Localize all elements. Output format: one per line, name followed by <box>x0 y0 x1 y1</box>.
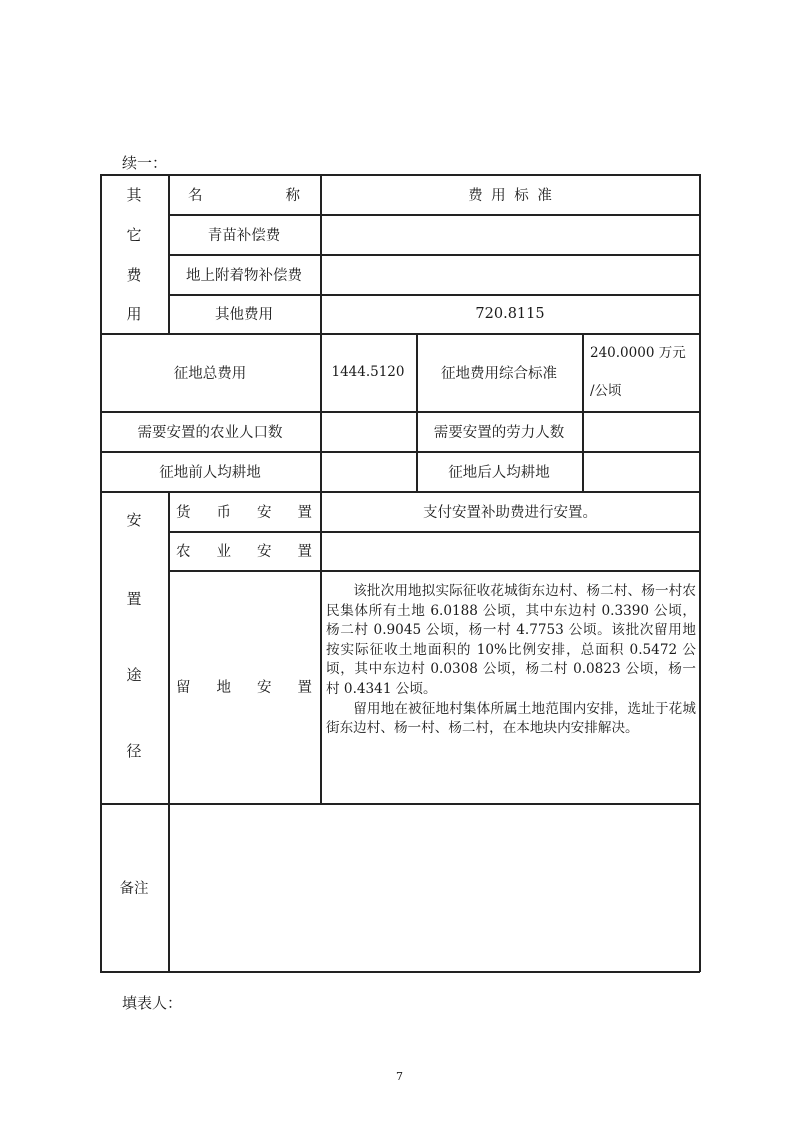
label-char: 币 <box>217 501 232 522</box>
land-after-label: 征地后人均耕地 <box>416 451 582 491</box>
agri-population-value[interactable] <box>320 411 416 451</box>
header-standard-cell: 费 用 标 准 <box>320 174 700 214</box>
group-label-char: 其 <box>100 174 168 214</box>
label-char: 地 <box>217 676 232 697</box>
filler-label: 填表人： <box>122 992 182 1013</box>
label-char: 安 <box>257 676 272 697</box>
composite-standard-value[interactable]: 240.0000 万元 /公顷 <box>582 333 700 411</box>
composite-standard-label: 征地费用综合标准 <box>416 333 582 411</box>
header-name-char: 称 <box>286 184 301 205</box>
remarks-value[interactable] <box>168 803 700 971</box>
fee-name-other: 其他费用 <box>168 294 320 333</box>
label-char: 置 <box>298 501 313 522</box>
label-char: 安 <box>257 501 272 522</box>
land-after-value[interactable] <box>582 451 700 491</box>
fee-name-seedling: 青苗补偿费 <box>168 214 320 254</box>
composite-standard-line2: /公顷 <box>590 372 622 410</box>
composite-standard-line1: 240.0000 万元 <box>590 334 686 372</box>
land-before-value[interactable] <box>320 451 416 491</box>
reserved-land-resettlement-text[interactable]: 该批次用地拟实际征收花城街东边村、杨二村、杨一村农民集体所有土地 6.0188 … <box>326 582 696 739</box>
labor-count-value[interactable] <box>582 411 700 451</box>
group-label-char: 途 <box>100 654 168 694</box>
table-border-bottom <box>100 971 700 973</box>
label-char: 业 <box>217 540 232 561</box>
paragraph: 该批次用地拟实际征收花城街东边村、杨二村、杨一村农民集体所有土地 6.0188 … <box>326 582 696 700</box>
land-before-label: 征地前人均耕地 <box>100 451 320 491</box>
remarks-label: 备注 <box>100 803 168 971</box>
total-cost-value[interactable]: 1444.5120 <box>320 333 416 411</box>
fee-name-attachments: 地上附着物补偿费 <box>168 254 320 294</box>
header-name-cell: 名 称 <box>168 174 320 214</box>
agricultural-resettlement-label: 农 业 安 置 <box>168 531 320 570</box>
label-char: 置 <box>298 676 313 697</box>
group-label-char: 径 <box>100 730 168 770</box>
total-cost-label: 征地总费用 <box>100 333 320 411</box>
fee-value-attachments[interactable] <box>320 254 700 294</box>
group-label-char: 用 <box>100 294 168 333</box>
label-char: 安 <box>257 540 272 561</box>
monetary-resettlement-label: 货 币 安 置 <box>168 491 320 531</box>
page-number: 7 <box>396 1070 403 1083</box>
reserved-land-resettlement-label: 留 地 安 置 <box>168 570 320 803</box>
group-label-char: 它 <box>100 214 168 254</box>
fee-value-seedling[interactable] <box>320 214 700 254</box>
monetary-resettlement-value[interactable]: 支付安置补助费进行安置。 <box>320 491 700 531</box>
continuation-caption: 续一： <box>122 152 167 173</box>
paragraph: 留用地在被征地村集体所属土地范围内安排，选址于花城街东边村、杨一村、杨二村，在本… <box>326 700 696 739</box>
group-label-char: 置 <box>100 578 168 618</box>
agri-population-label: 需要安置的农业人口数 <box>100 411 320 451</box>
label-char: 货 <box>176 501 191 522</box>
labor-count-label: 需要安置的劳力人数 <box>416 411 582 451</box>
label-char: 留 <box>176 676 191 697</box>
label-char: 置 <box>298 540 313 561</box>
group-label-char: 安 <box>100 499 168 539</box>
fee-value-other[interactable]: 720.8115 <box>320 294 700 333</box>
header-name-char: 名 <box>188 184 203 205</box>
group-label-char: 费 <box>100 254 168 294</box>
label-char: 农 <box>176 540 191 561</box>
agricultural-resettlement-value[interactable] <box>320 531 700 570</box>
